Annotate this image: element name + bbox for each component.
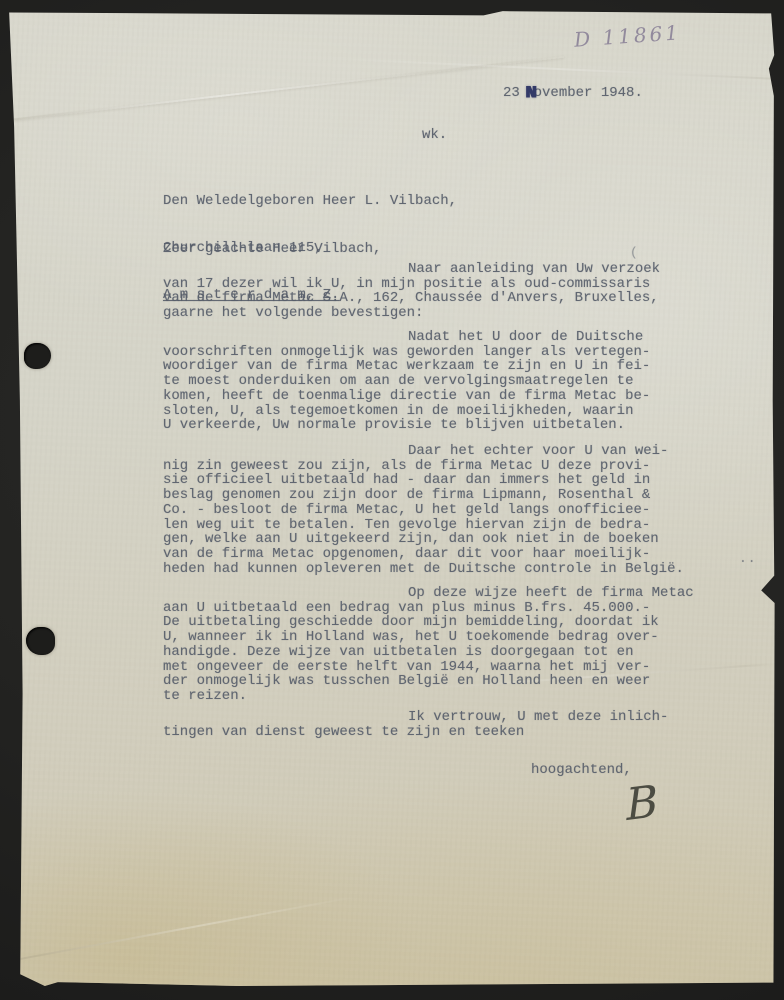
stray-typed-mark: ( — [630, 246, 638, 261]
date-prefix: 23 — [503, 85, 528, 101]
paper-crease — [5, 895, 359, 963]
salutation: Zeer geachte Heer Vilbach, — [163, 242, 381, 257]
paragraph-2: Nadat het U door de Duitsche voorschrift… — [163, 330, 650, 433]
ink-corrected-letter: N — [526, 85, 537, 103]
stray-diaeresis-mark: .. — [739, 552, 757, 567]
closing-phrase: hoogachtend, — [531, 763, 632, 778]
paragraph-1: Naar aanleiding van Uw verzoek van 17 de… — [163, 262, 660, 321]
letter-page: D 11861 23 November 1948. wk. Den Welede… — [8, 10, 775, 987]
punch-hole-top — [24, 343, 51, 369]
paragraph-4: Op deze wijze heeft de firma Metac aan U… — [163, 586, 694, 704]
paper-crease — [0, 56, 564, 123]
date-line: 23 November 1948. — [503, 86, 643, 101]
archive-reference-pencil: D 11861 — [573, 20, 681, 51]
typist-initials: wk. — [422, 128, 447, 143]
paragraph-5: Ik vertrouw, U met deze inlich- tingen v… — [163, 710, 668, 739]
punch-hole-bottom — [26, 627, 55, 655]
paper-crease — [338, 58, 778, 80]
handwritten-signature: B — [625, 776, 660, 831]
recipient-name: Den Weledelgeboren Heer L. Vilbach, — [163, 194, 457, 210]
paragraph-3: Daar het echter voor U van wei- nig zin … — [163, 444, 684, 576]
date-suffix: ovember 1948. — [534, 85, 643, 101]
